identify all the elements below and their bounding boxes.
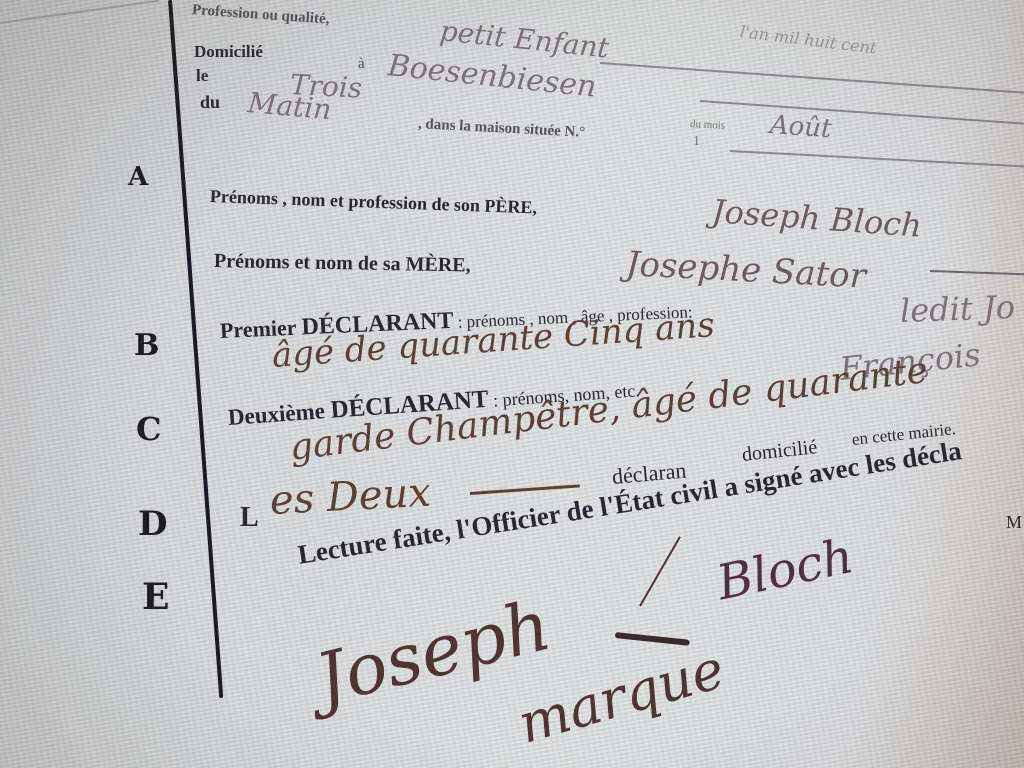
mere-label: Prénoms et nom de sa MÈRE,: [214, 250, 471, 277]
du-value: Matin: [247, 86, 333, 126]
header-rule: [730, 150, 1024, 168]
signature-mark-bar: [615, 632, 690, 646]
le-label: le: [196, 66, 208, 86]
les-deux-underline: [470, 484, 580, 495]
signature-bloch: Bloch: [712, 528, 858, 611]
mere-value: Josephe Sator: [625, 244, 867, 297]
margin-letter-b: B: [134, 328, 159, 363]
margin-letter-d: D: [138, 504, 167, 544]
maison-label: , dans la maison située N.°: [418, 116, 586, 142]
faint-top-right-text: l'an mil huit cent: [739, 22, 878, 58]
pere-label-text: Prénoms , nom et profession de son PÈRE,: [210, 186, 538, 217]
m-fragment: M: [1006, 512, 1022, 533]
profession-label: Profession ou qualité,: [191, 2, 330, 29]
header-rule: [700, 100, 1024, 125]
domicile-prep: à: [358, 56, 365, 73]
maison-value: 1: [693, 134, 700, 150]
margin-letter-e: E: [142, 576, 169, 618]
du-label: du: [200, 92, 220, 113]
premier-value-1: ledit Jo: [899, 288, 1015, 330]
les-deux-value: es Deux: [269, 470, 432, 524]
mois-label: du mois: [690, 118, 726, 132]
header-rule: [600, 62, 1024, 94]
left-rule: [0, 0, 159, 24]
domicile-label: Domicilié: [194, 42, 263, 62]
signature-mark-stroke: [639, 536, 681, 606]
pere-value: Joseph Bloch: [711, 192, 923, 245]
margin-letter-c: C: [136, 410, 161, 448]
mere-rule: [930, 270, 1024, 275]
mois-value: Août: [769, 110, 833, 144]
pere-label: Prénoms , nom et profession de son PÈRE,: [210, 186, 538, 218]
mere-label-text: Prénoms et nom de sa MÈRE,: [214, 250, 471, 276]
l-prefix: L: [240, 502, 259, 534]
margin-letter-a: A: [128, 162, 148, 192]
